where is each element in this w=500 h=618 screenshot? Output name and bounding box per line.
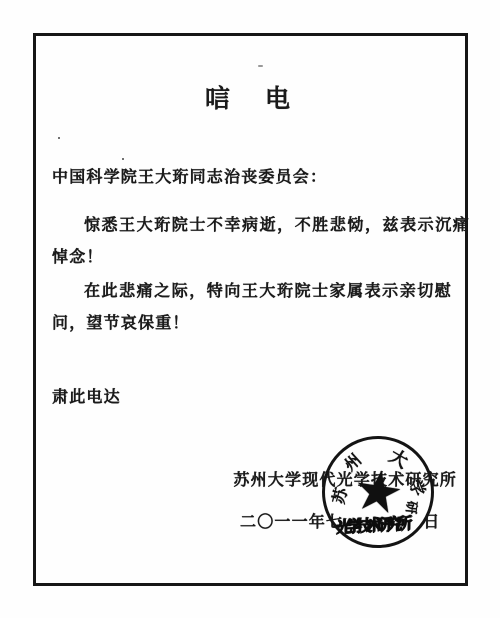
date-suffix: 日 — [423, 514, 440, 531]
scanned-condolence-telegram: 唁 电 中国科学院王大珩同志治丧委员会： 惊悉王大珩院士不幸病逝，不胜悲恸，兹表… — [0, 0, 500, 618]
body-paragraph-1: 惊悉王大珩院士不幸病逝，不胜悲恸，兹表示沉痛悼念！ — [52, 210, 470, 274]
scan-speck — [122, 158, 124, 160]
scan-speck — [58, 137, 60, 139]
document-title: 唁 电 — [0, 85, 500, 115]
date-prefix: 二〇一一年七 — [240, 514, 343, 531]
signature-line: 苏州大学现代光学技术研究所 — [233, 465, 457, 497]
body-paragraph-2: 在此悲痛之际，特向王大珩院士家属表示亲切慰问，望节哀保重！ — [52, 276, 452, 340]
closing-line: 肃此电达 — [52, 382, 121, 414]
scan-speck — [258, 65, 263, 67]
addressee-line: 中国科学院王大珩同志治丧委员会： — [52, 162, 327, 194]
date-line: 二〇一一年七日 — [240, 507, 440, 539]
